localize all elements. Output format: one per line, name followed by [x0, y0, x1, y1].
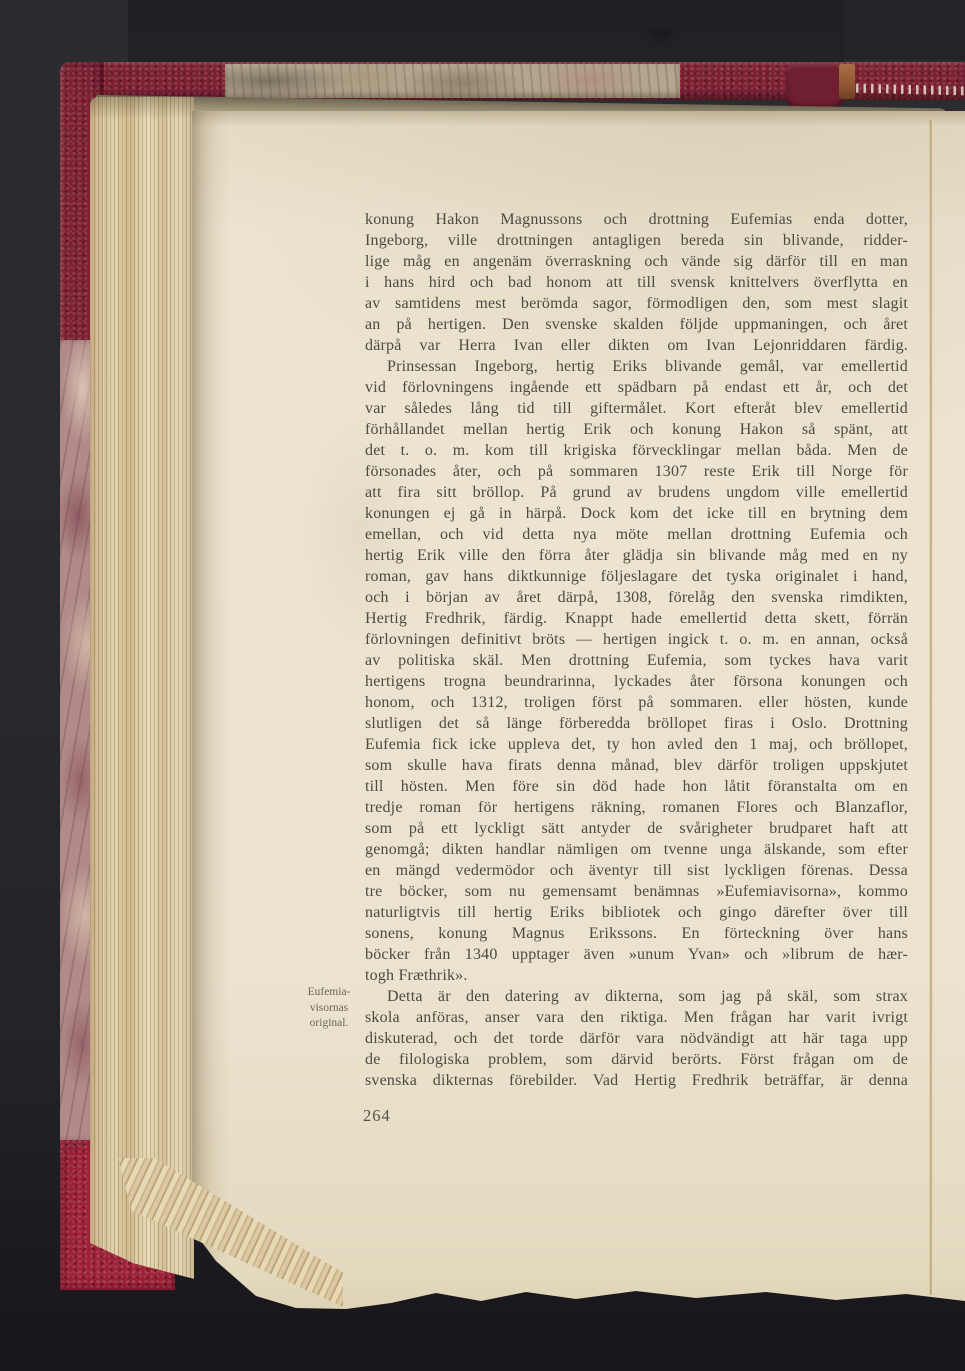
- page-number: 264: [363, 1106, 391, 1126]
- text-line: an på hertigen. Den svenske skalden följ…: [365, 314, 908, 335]
- text-line: roman, gav hans diktkunnige följeslagare…: [365, 566, 908, 587]
- text-line: förhållandet mellan hertig Erik och konu…: [365, 419, 908, 440]
- text-line: honom, och 1312, troligen först på somma…: [365, 692, 908, 713]
- text-block: konung Hakon Magnussons och drottning Eu…: [365, 209, 908, 1091]
- text-line: genomgå; dikten handlar nämligen om tven…: [365, 839, 908, 860]
- text-line: i hans hird och bad honom att till svens…: [365, 272, 908, 293]
- text-line: Ingeborg, ville drottningen antagligen b…: [365, 230, 908, 251]
- book-cover-spine-bump: [786, 63, 846, 110]
- text-line: emellan, och vid detta nya möte mellan d…: [365, 524, 908, 545]
- text-line: diskuterad, och det torde därför vara nö…: [365, 1028, 908, 1049]
- text-line: och i början av året därpå, 1308, förelå…: [365, 587, 908, 608]
- text-line: vid förlovningens ingående ett spädbarn …: [365, 377, 908, 398]
- text-line: som på ett lyckligt sätt antyder de svår…: [365, 818, 908, 839]
- text-line: de filologiska problem, som därvid berör…: [365, 1049, 908, 1070]
- text-line: förlovningen definitivt bröts — hertigen…: [365, 629, 908, 650]
- text-line: lige måg en angenäm överraskning och vän…: [365, 251, 908, 272]
- text-line: det t. o. m. kom till krigiska förveckli…: [365, 440, 908, 461]
- text-line: av politiska skäl. Men drottning Eufemia…: [365, 650, 908, 671]
- text-line: att fira sitt bröllop. På grund av brude…: [365, 482, 908, 503]
- text-line: naturligtvis till hertig Eriks bibliotek…: [365, 902, 908, 923]
- text-line: hertigens trogna beundrarinna, lyckades …: [365, 671, 908, 692]
- text-line: togh Fræthrik».: [365, 965, 908, 986]
- text-line: Detta är den datering av dikterna, som j…: [365, 986, 908, 1007]
- marbled-paper-top: [225, 64, 680, 98]
- text-line: försonades åter, och på sommaren 1307 re…: [365, 461, 908, 482]
- margin-note-line: original.: [296, 1016, 362, 1032]
- text-line: sonens, konung Magnus Erikssons. En fört…: [365, 923, 908, 944]
- fanned-page-edges-left: [90, 97, 194, 1292]
- margin-note-line: visornas: [296, 1001, 362, 1017]
- book-photo-scene: Eufemia-visornasoriginal. konung Hakon M…: [0, 0, 965, 1371]
- text-line: därpå var Herra Ivan eller dikten om Iva…: [365, 335, 908, 356]
- text-line: till hösten. Men före sin död hade hon l…: [365, 776, 908, 797]
- text-line: svenska dikternas förebilder. Vad Hertig…: [365, 1070, 908, 1091]
- text-line: tredje roman för hertigens räkning, roma…: [365, 797, 908, 818]
- text-line: konung Hakon Magnussons och drottning Eu…: [365, 209, 908, 230]
- text-line: en mängd vedermödor och äventyr till sis…: [365, 860, 908, 881]
- text-line: av samtidens mest berömda sagor, förmodl…: [365, 293, 908, 314]
- text-line: som skulle hava firats denna månad, blev…: [365, 755, 908, 776]
- text-line: hertig Erik ville den förra åter glädja …: [365, 545, 908, 566]
- background-shadow-top: [128, 0, 844, 64]
- text-line: skola anföras, anser vara den riktiga. M…: [365, 1007, 908, 1028]
- text-line: Hertig Fredhrik, färdig. Knappt hade eme…: [365, 608, 908, 629]
- book-cover-leather-tear: [839, 64, 855, 99]
- margin-note: Eufemia-visornasoriginal.: [296, 985, 362, 1032]
- text-line: slutligen det så länge förberedda bröllo…: [365, 713, 908, 734]
- margin-note-line: Eufemia-: [296, 985, 362, 1001]
- text-line: konungen ej gå in härpå. Dock kom det ic…: [365, 503, 908, 524]
- text-line: Eufemia fick icke uppleva det, ty hon av…: [365, 734, 908, 755]
- text-line: var således lång tid till giftermålet. K…: [365, 398, 908, 419]
- background-shadow-top-right: [844, 0, 965, 60]
- page-gutter-crease: [929, 120, 933, 1295]
- text-line: böcker från 1340 upptager även »unum Yva…: [365, 944, 908, 965]
- background-dust-speck: [648, 28, 674, 40]
- text-line: Prinsessan Ingeborg, hertig Eriks blivan…: [365, 356, 908, 377]
- text-line: tre böcker, som nu gemensamt benämnas »E…: [365, 881, 908, 902]
